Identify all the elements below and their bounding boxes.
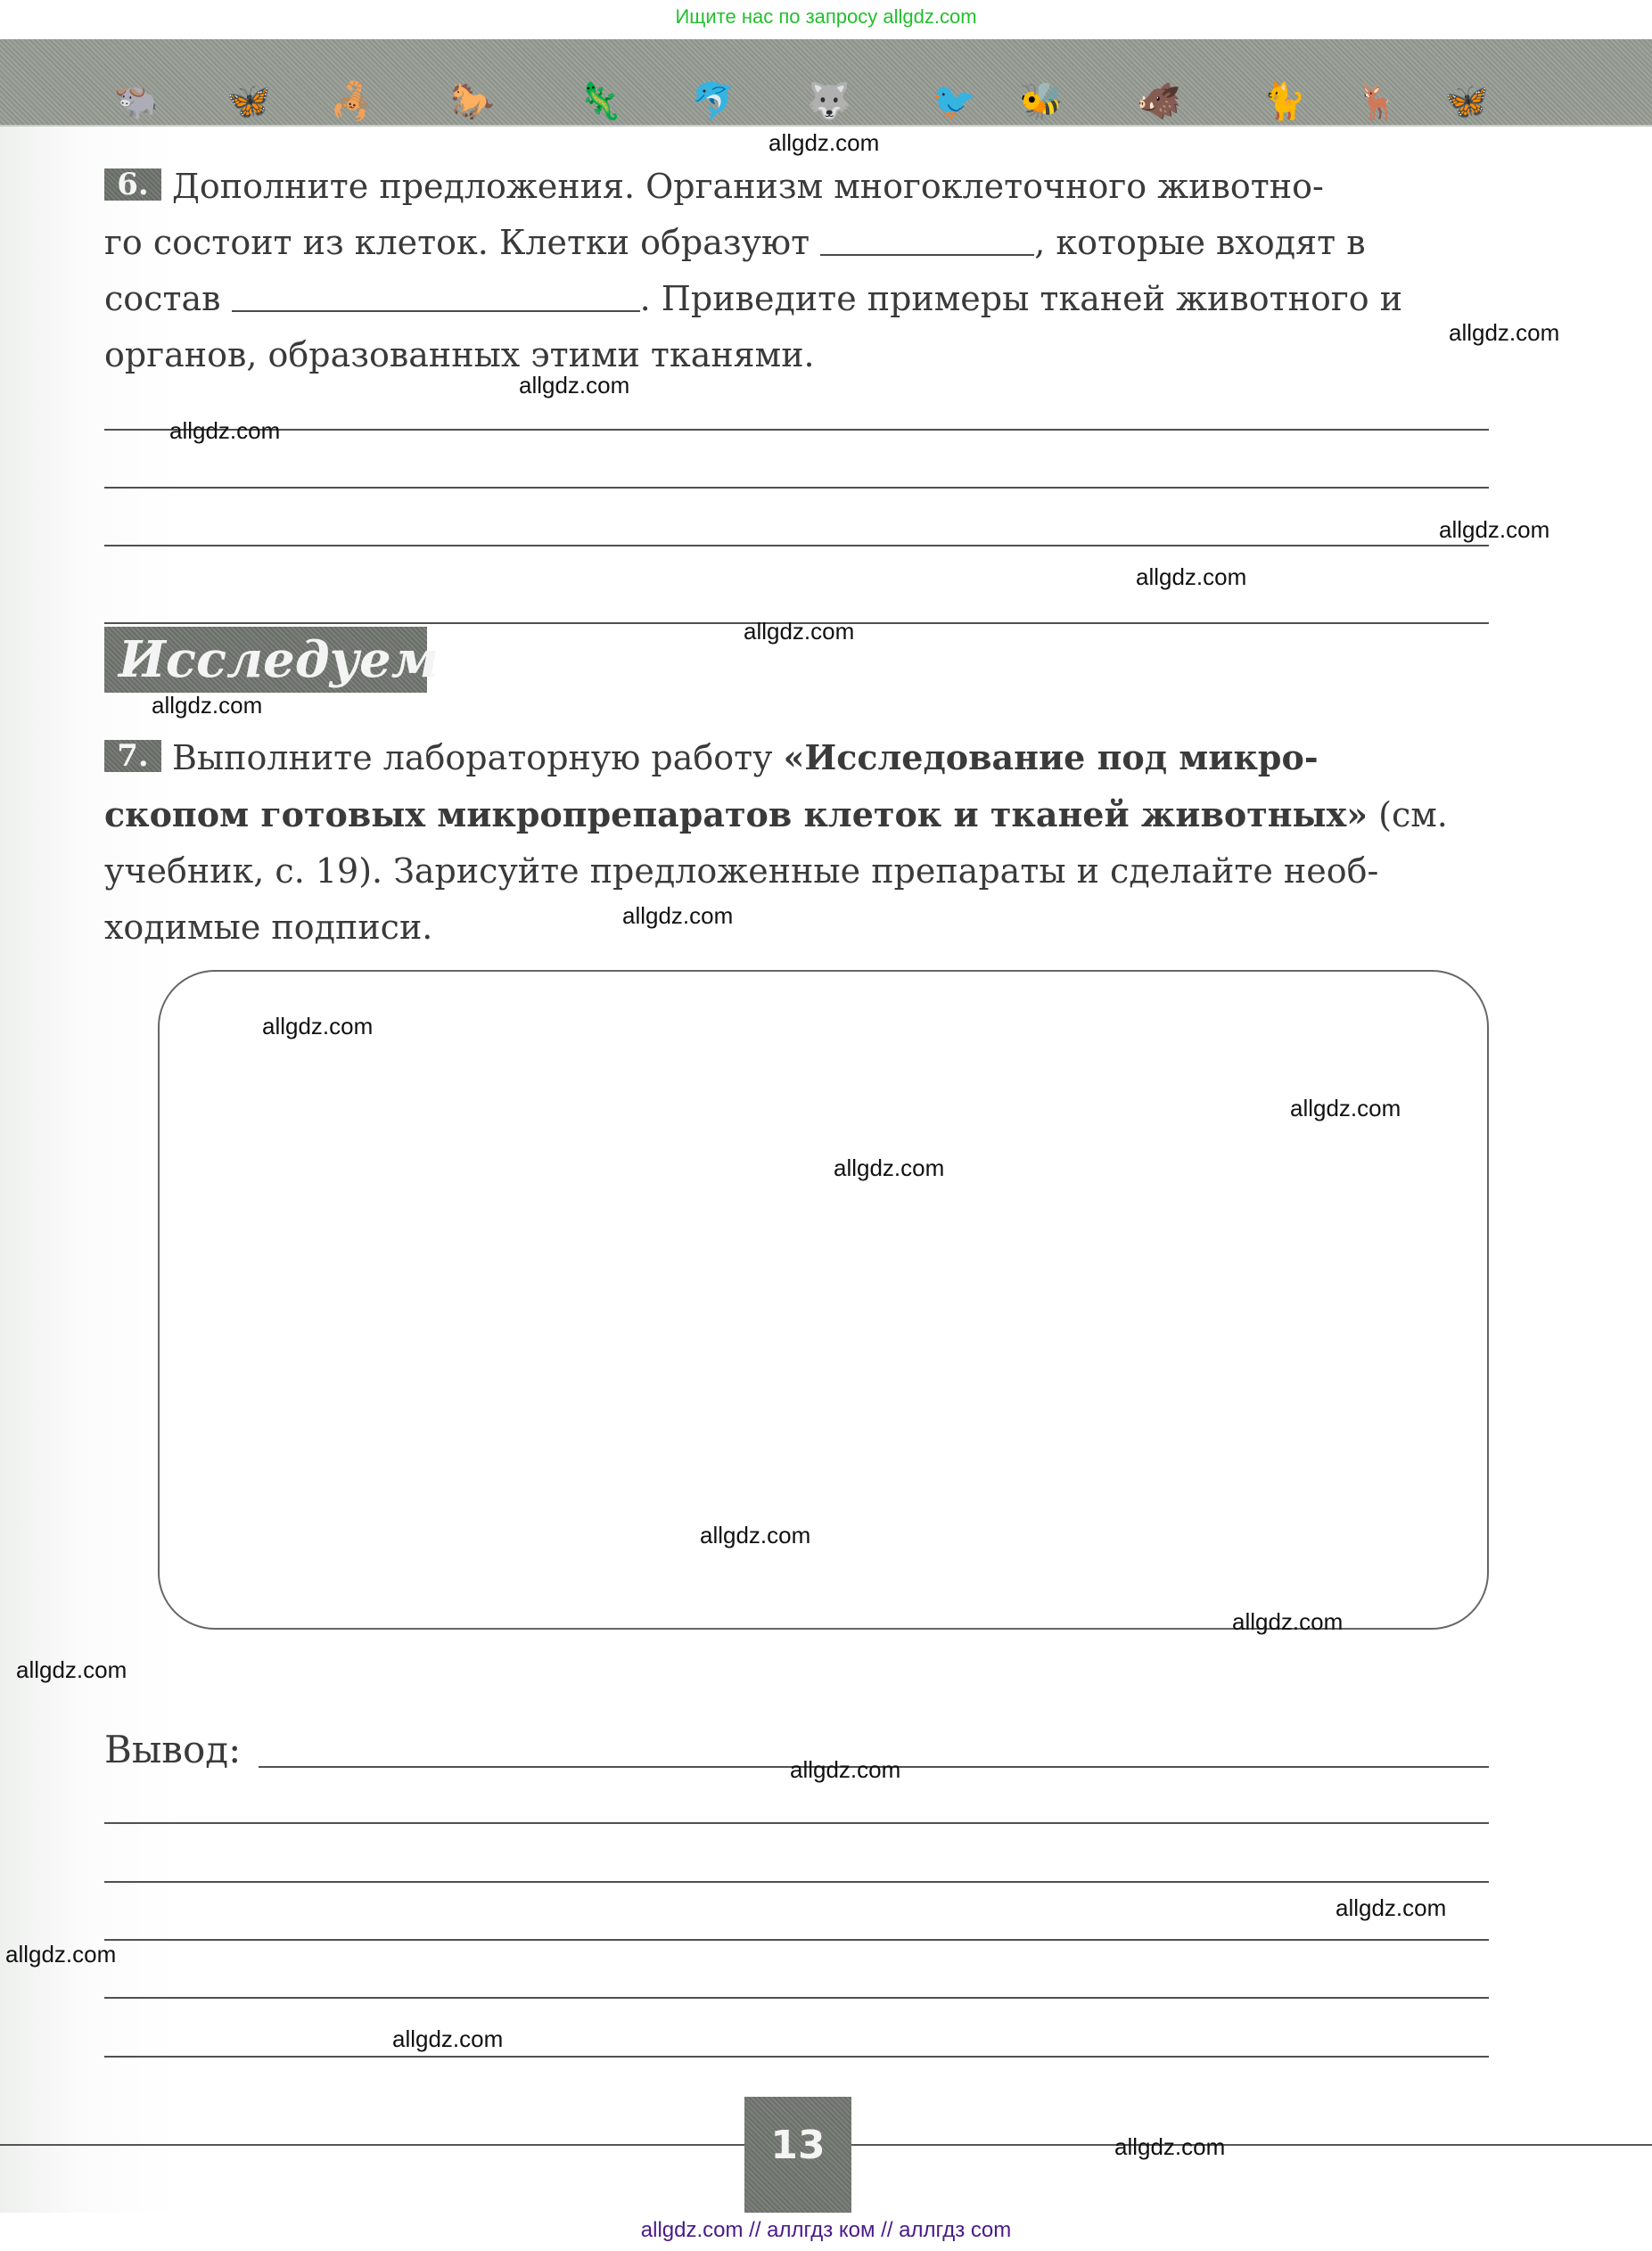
watermark: allgdz.com <box>1336 1894 1446 1922</box>
watermark: allgdz.com <box>5 1941 116 1968</box>
task-7-line-4: ходимые подписи. <box>104 900 1488 956</box>
watermark: allgdz.com <box>744 618 854 645</box>
dolphin-icon: 🐬 <box>691 84 736 119</box>
watermark: allgdz.com <box>152 692 262 719</box>
watermark: allgdz.com <box>169 417 280 445</box>
fill-in-blank-organs[interactable] <box>232 283 640 312</box>
answer-line[interactable] <box>104 545 1489 546</box>
watermark: allgdz.com <box>700 1522 810 1549</box>
horse-icon: 🐎 <box>450 84 495 119</box>
bird-icon: 🐦 <box>932 84 976 119</box>
page-number: 13 <box>744 2097 851 2213</box>
moth-icon: 🦋 <box>1444 84 1489 119</box>
butterfly-icon: 🦋 <box>226 84 271 119</box>
insect-icon: 🐝 <box>1019 84 1064 119</box>
watermark: allgdz.com <box>392 2025 503 2053</box>
antelope-icon: 🦌 <box>1355 84 1400 119</box>
lizard-icon: 🦎 <box>578 84 622 119</box>
conclusion-line[interactable] <box>104 1997 1489 1999</box>
watermark: allgdz.com <box>1439 516 1549 544</box>
task-6-line-1: 6.Дополните предложения. Организм многок… <box>104 159 1488 215</box>
task-6: 6.Дополните предложения. Организм многок… <box>104 159 1488 383</box>
scorpion-icon: 🦂 <box>330 84 374 119</box>
answer-line[interactable] <box>104 429 1489 431</box>
watermark: allgdz.com <box>768 129 879 157</box>
watermark: allgdz.com <box>790 1756 900 1784</box>
watermark: allgdz.com <box>622 902 733 930</box>
task-7-line-1: 7.Выполните лабораторную работу «Исследо… <box>104 729 1488 786</box>
watermark: allgdz.com <box>1290 1095 1401 1122</box>
footer-links[interactable]: allgdz.com // аллгдз ком // аллгдз com <box>0 2218 1652 2243</box>
fill-in-blank-tissues[interactable] <box>820 227 1034 256</box>
watermark: allgdz.com <box>16 1656 127 1684</box>
task-7: 7.Выполните лабораторную работу «Исследо… <box>104 729 1488 956</box>
cat-icon: 🐈 <box>1262 84 1306 119</box>
task-6-line-2: го состоит из клеток. Клетки образуют , … <box>104 215 1488 271</box>
conclusion-label: Вывод: <box>104 1728 241 1771</box>
conclusion-line[interactable] <box>104 1881 1489 1883</box>
watermark: allgdz.com <box>834 1154 944 1182</box>
watermark: allgdz.com <box>519 372 629 399</box>
conclusion-line[interactable] <box>104 1939 1489 1941</box>
watermark: allgdz.com <box>1136 563 1246 591</box>
animal-silhouette-banner: 🐃 🦋 🦂 🐎 🦎 🐬 🐺 🐦 🐝 🐗 🐈 🦌 🦋 <box>0 39 1652 127</box>
wolf-icon: 🐺 <box>807 84 851 119</box>
task-6-line-4: органов, образованных этими тканями. <box>104 327 1488 383</box>
watermark: allgdz.com <box>1232 1608 1343 1636</box>
task-number-badge: 7. <box>104 740 161 772</box>
task-number-badge: 6. <box>104 168 161 201</box>
conclusion-line[interactable] <box>104 2056 1489 2058</box>
task-7-line-2: скопом готовых микропрепаратов клеток и … <box>104 786 1488 843</box>
watermark: allgdz.com <box>1449 319 1559 347</box>
search-prompt-banner[interactable]: Ищите нас по запросу allgdz.com <box>0 5 1652 29</box>
section-header: Исследуем <box>104 627 427 693</box>
boar-icon: 🐗 <box>1137 84 1181 119</box>
bison-icon: 🐃 <box>114 84 159 119</box>
drawing-area[interactable] <box>158 970 1489 1630</box>
watermark: allgdz.com <box>1114 2133 1225 2161</box>
task-6-line-3: состав . Приведите примеры тканей животн… <box>104 271 1488 327</box>
watermark: allgdz.com <box>262 1013 373 1040</box>
task-7-line-3: учебник, с. 19). Зарисуйте предложенные … <box>104 843 1488 900</box>
conclusion-line[interactable] <box>104 1822 1489 1824</box>
answer-line[interactable] <box>104 487 1489 489</box>
